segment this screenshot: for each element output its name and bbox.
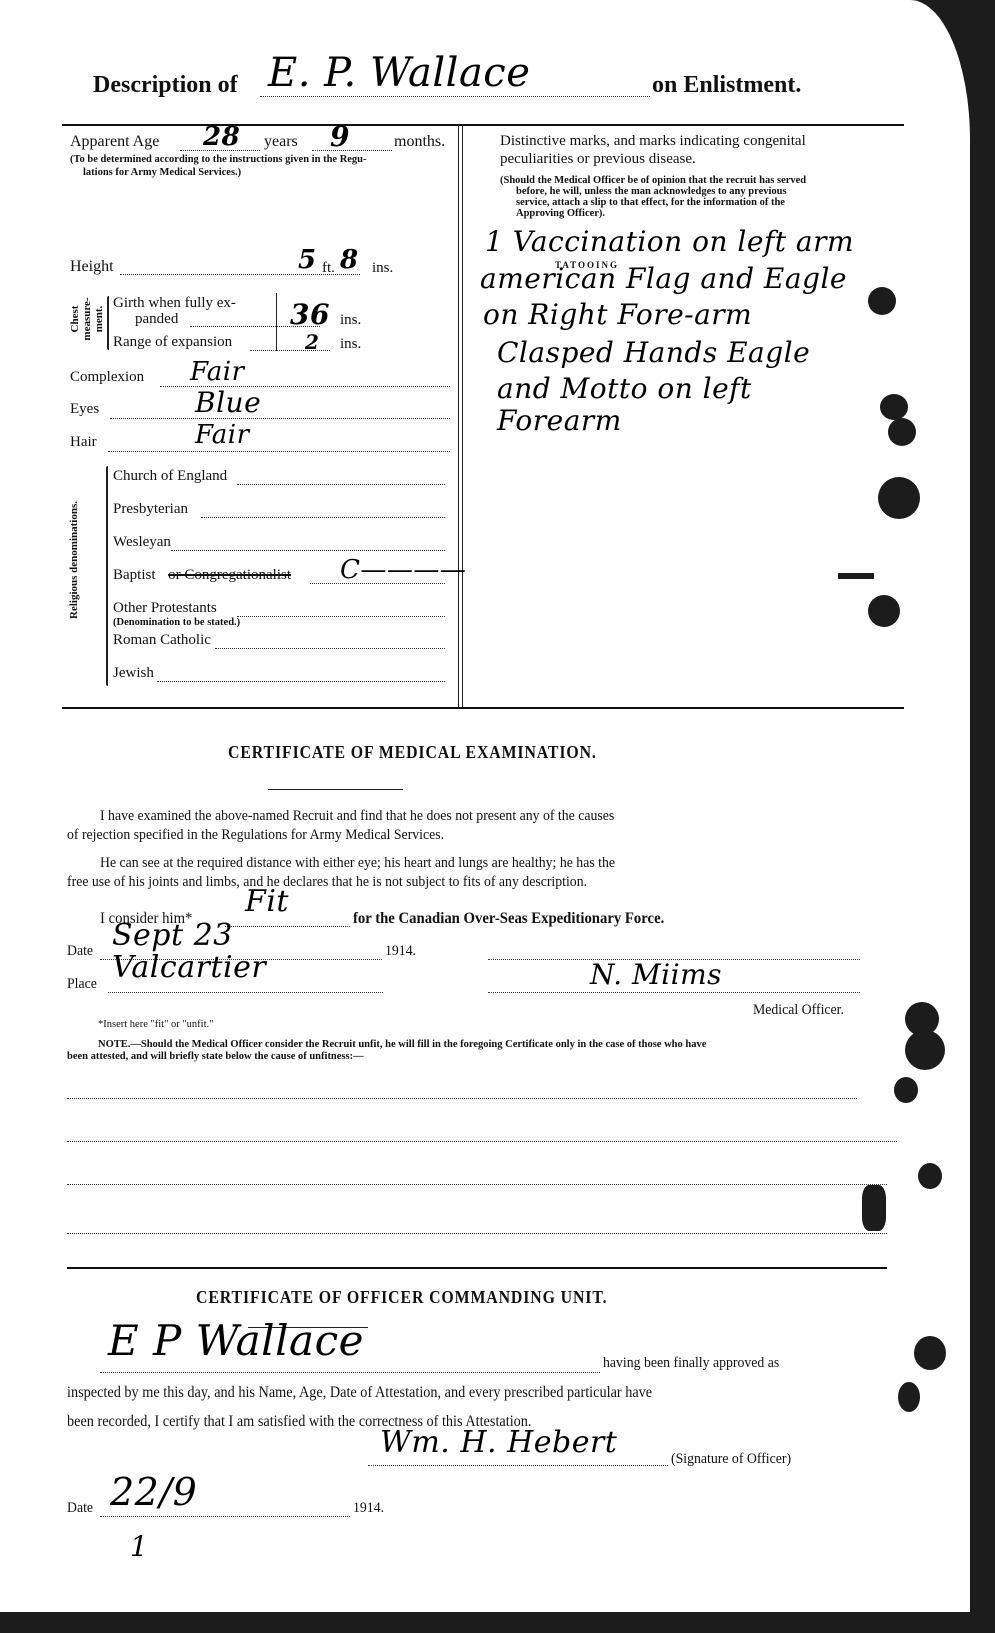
struck-denomination: or Congregationalist	[168, 567, 291, 584]
consider-suffix: for the Canadian Over-Seas Expeditionary…	[353, 910, 664, 928]
approved-text: having been finally approved as	[603, 1355, 779, 1372]
medical-para2-line2: free use of his joints and limbs, and he…	[67, 874, 587, 891]
height-ins-value: 8	[340, 245, 359, 275]
enlistment-form-page: Description of E. P. Wallace on Enlistme…	[0, 0, 970, 1612]
medical-para1-line1: I have examined the above-named Recruit …	[100, 808, 614, 825]
distinctive-mark-line: on Right Fore-arm	[483, 298, 752, 331]
denomination-mark: C————	[340, 555, 466, 585]
religion-line	[237, 616, 445, 617]
binder-hole-blot	[898, 1382, 920, 1412]
religion-option: Jewish	[113, 665, 154, 682]
note-line-2: been attested, and will briefly state be…	[67, 1051, 364, 1062]
height-label: Height	[70, 258, 114, 276]
medical-certificate-heading: CERTIFICATE OF MEDICAL EXAMINATION.	[228, 742, 597, 763]
range-value: 2	[305, 330, 319, 354]
girth-unit: ins.	[340, 312, 361, 329]
place-line	[108, 992, 383, 993]
lower-rule	[67, 1267, 887, 1269]
commanding-date-line	[100, 1516, 350, 1517]
apparent-age-label: Apparent Age	[70, 133, 159, 151]
binder-hole-blot	[868, 595, 900, 627]
age-note-1: (To be determined according to the instr…	[70, 154, 367, 165]
name-line	[100, 1372, 600, 1373]
title-name-line	[260, 96, 650, 97]
chest-brace	[107, 296, 109, 350]
marks-heading-1: Distinctive marks, and marks indicating …	[500, 133, 806, 150]
marks-note-3: service, attach a slip to that effect, f…	[516, 197, 785, 208]
ins-label: ins.	[372, 260, 393, 277]
religion-option: Other Protestants	[113, 600, 217, 617]
binder-hole-blot	[914, 1336, 946, 1370]
recruit-name: E. P. Wallace	[268, 50, 530, 96]
distinctive-mark-line: american Flag and Eagle	[480, 262, 847, 295]
years-label: years	[264, 133, 298, 151]
top-rule	[62, 124, 904, 126]
title-suffix: on Enlistment.	[652, 72, 801, 99]
eyes-value: Blue	[195, 386, 261, 419]
marks-note-4: Approving Officer).	[516, 208, 605, 219]
religion-note: (Denomination to be stated.)	[113, 617, 240, 628]
signature-of-officer-label: (Signature of Officer)	[671, 1451, 791, 1468]
binder-hole-blot	[888, 418, 916, 446]
religion-option: Church of England	[113, 468, 227, 485]
binder-hole-blot	[868, 287, 896, 315]
exam-date-value: Sept 23	[112, 918, 233, 953]
binder-hole-blot	[894, 1077, 918, 1103]
column-divider-2	[462, 124, 463, 707]
age-months-value: 9	[330, 120, 350, 153]
mid-rule	[62, 707, 904, 709]
height-ft-value: 5	[298, 245, 317, 275]
religion-brace	[106, 466, 108, 686]
range-unit: ins.	[340, 336, 361, 353]
distinctive-mark-line: Forearm	[497, 404, 622, 437]
commanding-recruit-name: E P Wallace	[108, 1316, 364, 1365]
binder-hole-blot	[878, 477, 920, 519]
eyes-label: Eyes	[70, 401, 99, 418]
chest-divider	[276, 293, 277, 351]
title-prefix: Description of	[93, 72, 238, 99]
officer-line-2	[488, 992, 860, 993]
consider-line	[225, 926, 350, 927]
religion-line	[215, 648, 445, 649]
religion-line	[171, 550, 445, 551]
religion-option: Roman Catholic	[113, 632, 211, 649]
chest-side-label: Chest measure-ment.	[69, 288, 105, 350]
hair-label: Hair	[70, 434, 97, 451]
commanding-date-value: 22/9	[110, 1470, 197, 1514]
margin-mark: 1	[130, 1530, 148, 1563]
ink-mark	[838, 573, 874, 579]
commanding-officer-signature: Wm. H. Hebert	[380, 1425, 617, 1460]
commanding-date-label: Date	[67, 1500, 93, 1517]
binder-hole-blot	[862, 1185, 886, 1231]
medical-para2-line1: He can see at the required distance with…	[100, 855, 615, 872]
religion-option: Presbyterian	[113, 501, 188, 518]
marks-note-2: before, he will, unless the man acknowle…	[516, 186, 787, 197]
tattooing-insert: TATOOING	[555, 260, 619, 270]
unfitness-line-3	[67, 1184, 887, 1185]
medical-officer-label: Medical Officer.	[753, 1002, 844, 1019]
unfitness-line-1	[67, 1098, 857, 1099]
girth-value: 36	[290, 298, 330, 331]
girth-label-1: Girth when fully ex-	[113, 295, 236, 312]
age-years-value: 28	[203, 122, 240, 152]
religion-option: Wesleyan	[113, 534, 171, 551]
religion-side-label: Religious denominations.	[68, 480, 80, 640]
ft-label: ft.	[322, 260, 335, 277]
religion-line	[201, 517, 445, 518]
fit-value: Fit	[245, 884, 289, 919]
girth-label-2: panded	[135, 311, 178, 328]
complexion-label: Complexion	[70, 369, 144, 386]
officer-signature-line	[368, 1465, 668, 1466]
footnote: *Insert here "fit" or "unfit."	[98, 1019, 213, 1030]
commanding-line-2: inspected by me this day, and his Name, …	[67, 1384, 652, 1402]
age-note-2: lations for Army Medical Services.)	[83, 167, 241, 178]
note-line-1: NOTE.—Should the Medical Officer conside…	[98, 1039, 706, 1050]
distinctive-mark-line: Clasped Hands Eagle	[497, 336, 810, 369]
medical-para1-line2: of rejection specified in the Regulation…	[67, 827, 444, 844]
religion-option: Baptist	[113, 567, 156, 584]
place-label: Place	[67, 976, 97, 993]
hair-value: Fair	[195, 420, 250, 450]
range-label: Range of expansion	[113, 334, 232, 351]
date-year: 1914.	[385, 943, 416, 960]
religion-line	[237, 484, 445, 485]
place-value: Valcartier	[112, 950, 266, 985]
hair-line	[108, 451, 450, 452]
marks-heading-2: peculiarities or previous disease.	[500, 151, 696, 168]
binder-hole-blot	[918, 1163, 942, 1189]
binder-hole-blot	[880, 394, 908, 420]
commanding-date-year: 1914.	[353, 1500, 384, 1517]
distinctive-mark-line: 1 Vaccination on left arm	[485, 225, 854, 258]
heading-ornament	[268, 789, 403, 790]
marks-note-1: (Should the Medical Officer be of opinio…	[500, 175, 806, 186]
age-months-line	[312, 150, 392, 151]
months-label: months.	[394, 133, 445, 151]
religion-line	[157, 681, 445, 682]
date-label: Date	[67, 943, 93, 960]
unfitness-line-2	[67, 1141, 897, 1142]
complexion-value: Fair	[190, 357, 245, 387]
unfitness-line-4	[67, 1233, 887, 1234]
column-divider	[458, 124, 459, 707]
commanding-certificate-heading: CERTIFICATE OF OFFICER COMMANDING UNIT.	[196, 1287, 607, 1308]
medical-officer-signature: N. Miims	[590, 958, 722, 991]
binder-hole-blot	[905, 1030, 945, 1070]
eyes-line	[110, 418, 450, 419]
distinctive-mark-line: and Motto on left	[497, 372, 752, 405]
